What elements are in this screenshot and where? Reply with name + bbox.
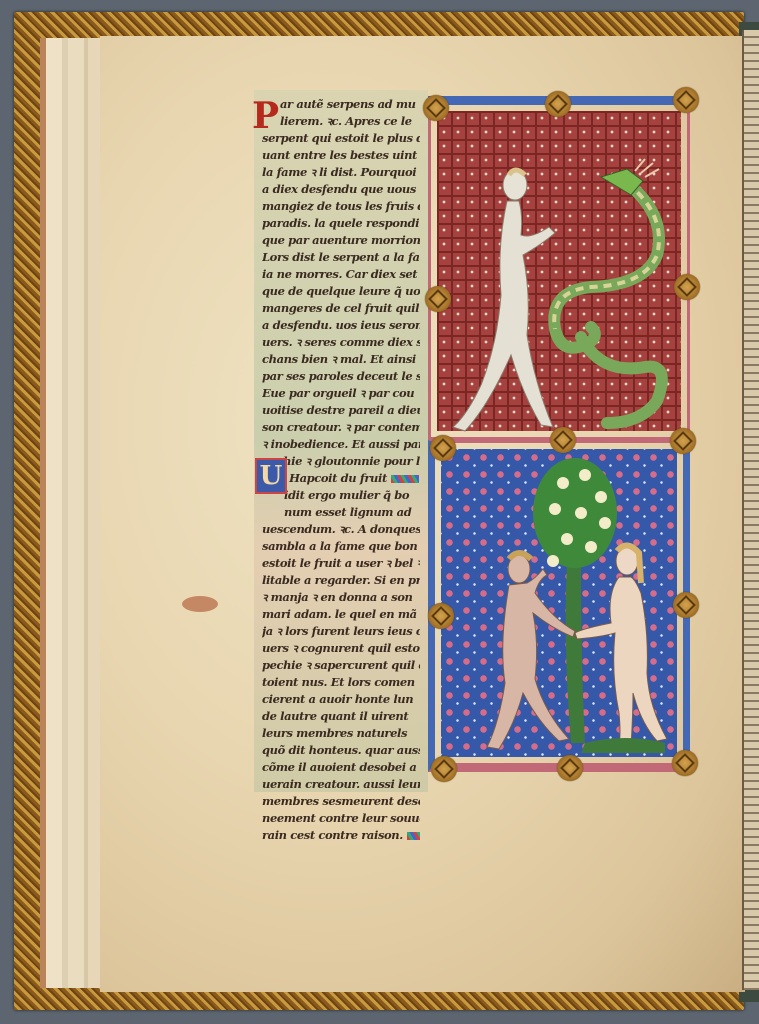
line-filler-ornament xyxy=(407,832,420,840)
text-line: cõme il auoient desobei a leur sou xyxy=(262,759,420,776)
text-line: uant entre les bestes uint a xyxy=(262,147,420,164)
text-line: estoit le fruit a user ꝛ bel ꝛ de xyxy=(262,555,420,572)
fall-panel xyxy=(428,440,690,772)
decorated-initial-p: P xyxy=(252,98,279,134)
text-line: ar autẽ serpens ad mu xyxy=(262,96,420,113)
text-line: neement contre leur souue xyxy=(262,810,420,827)
rosette-ornament-icon xyxy=(673,87,699,113)
text-column: ar autẽ serpens ad mu lierem. ꝛc. Apres … xyxy=(262,96,420,786)
text-line-content: rain cest contre raison. xyxy=(262,828,403,842)
stain-blot xyxy=(182,596,218,612)
serpent-icon xyxy=(554,159,662,423)
text-line: son creatour. ꝛ par contempt xyxy=(262,419,420,436)
text-line: pechie ꝛ sapercurent quil es xyxy=(262,657,420,674)
text-line: uescendum. ꝛc. A donques xyxy=(262,521,420,538)
text-line: toient nus. Et lors comen xyxy=(262,674,420,691)
text-line: paradis. la quele respondi. pᵉ xyxy=(262,215,420,232)
page-stack-left xyxy=(40,38,108,988)
line-filler-ornament xyxy=(391,475,419,483)
eve-figure-icon xyxy=(575,545,667,747)
rosette-ornament-icon xyxy=(672,750,698,776)
text-line: par ses paroles deceut le serpẽt xyxy=(262,368,420,385)
text-line: sambla a la fame que bon xyxy=(262,538,420,555)
text-line: Eue par orgueil ꝛ par cou xyxy=(262,385,420,402)
rosette-ornament-icon xyxy=(670,428,696,454)
text-line: chans bien ꝛ mal. Et ainsi xyxy=(262,351,420,368)
text-line: ꝛ inobedience. Et aussi par xyxy=(262,436,420,453)
text-line: ꝛ manja ꝛ en donna a son xyxy=(262,589,420,606)
rosette-ornament-icon xyxy=(431,756,457,782)
text-line: Lors dist le serpent a la fame xyxy=(262,249,420,266)
text-line: leurs membres naturels xyxy=(262,725,420,742)
text-line: a diex desfendu que uous ne xyxy=(262,181,420,198)
rosette-ornament-icon xyxy=(428,603,454,629)
text-line: mangeres de cel fruit quil u xyxy=(262,300,420,317)
rosette-ornament-icon xyxy=(673,592,699,618)
rosette-ornament-icon xyxy=(557,755,583,781)
eve-and-serpent-illustration xyxy=(431,105,687,435)
rosette-ornament-icon xyxy=(423,95,449,121)
grass-mound-icon xyxy=(581,738,665,753)
adam-and-eve-illustration xyxy=(435,443,683,763)
rosette-ornament-icon xyxy=(430,435,456,461)
eve-figure-icon xyxy=(453,170,555,431)
text-line: la fame ꝛ li dist. Pourquoi u xyxy=(262,164,420,181)
text-line: ja ꝛ lors furent leurs ieus ou xyxy=(262,623,420,640)
text-line: membres sesmeurent desorde xyxy=(262,793,420,810)
text-line: num esset lignum ad xyxy=(262,504,420,521)
facing-page-edge xyxy=(742,30,759,990)
text-line: uers. ꝛ seres comme diex sa xyxy=(262,334,420,351)
rosette-ornament-icon xyxy=(545,91,571,117)
decorated-initial-u: U xyxy=(255,458,287,494)
adam-figure-icon xyxy=(487,553,575,749)
text-line: que par auenture morrions xyxy=(262,232,420,249)
text-line: lierem. ꝛc. Apres ce le xyxy=(262,113,420,130)
text-line: litable a regarder. Si en prinst xyxy=(262,572,420,589)
text-line: mangiez de tous les fruis de xyxy=(262,198,420,215)
text-line: uers ꝛ cognurent quil estoient xyxy=(262,640,420,657)
text-line: cierent a auoir honte lun xyxy=(262,691,420,708)
text-line: quõ dit honteus. quar aussi xyxy=(262,742,420,759)
rosette-ornament-icon xyxy=(674,274,700,300)
temptation-panel xyxy=(428,96,690,440)
text-line: a desfendu. uos ieus seront ou xyxy=(262,317,420,334)
text-line: uerain creatour. aussi leurs xyxy=(262,776,420,793)
text-line: de lautre quant il uirent xyxy=(262,708,420,725)
text-line: mari adam. le quel en mã xyxy=(262,606,420,623)
text-line: uoitise destre pareil a dieu xyxy=(262,402,420,419)
rosette-ornament-icon xyxy=(425,286,451,312)
text-line: ia ne morres. Car diex set bie xyxy=(262,266,420,283)
text-line: rain cest contre raison. xyxy=(262,827,420,844)
text-line: que de quelque leure q̃ uous xyxy=(262,283,420,300)
tree-of-knowledge-icon xyxy=(533,458,617,743)
text-line: serpent qui estoit le plus dece xyxy=(262,130,420,147)
rosette-ornament-icon xyxy=(550,427,576,453)
